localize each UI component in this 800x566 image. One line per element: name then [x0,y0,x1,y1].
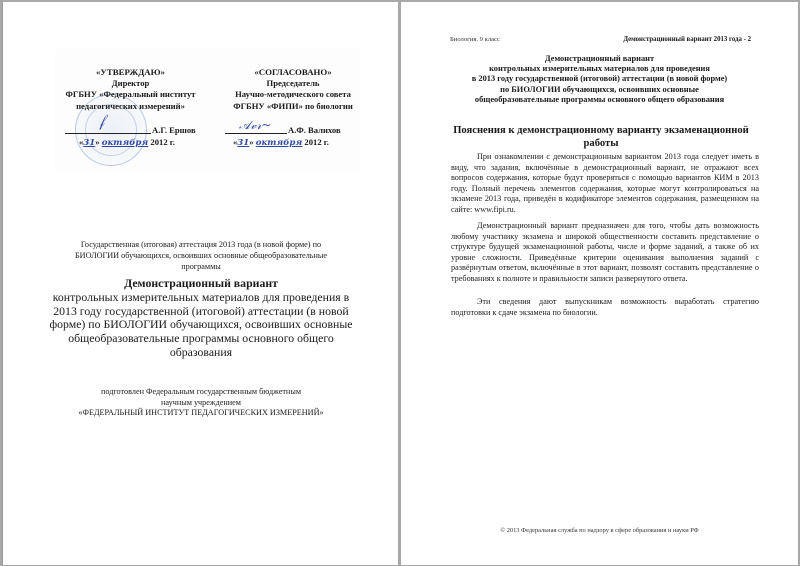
signer-name: А.Г. Ершов [152,125,196,135]
paragraph: Эти сведения дают выпускникам возможност… [451,297,759,318]
demo-title: Демонстрационный вариант контрольных изм… [3,277,398,360]
approval-line: ФГБНУ «Федеральный институт [58,89,203,100]
copyright-footer: © 2013 Федеральная служба по надзору в с… [401,527,798,534]
paragraph: Демонстрационный вариант предназначен дл… [451,221,759,285]
demo-title-body: контрольных измерительных материалов для… [43,291,359,360]
running-header-right: Демонстрационный вариант 2013 года - 2 [623,36,751,43]
approval-date: «31» октября 2012 г. [79,137,175,148]
page2-title: Демонстрационный вариант контрольных изм… [401,54,798,105]
approval-date: «31» октября 2012 г. [233,137,329,148]
signature-line [65,133,151,134]
approval-block-approved: «УТВЕРЖДАЮ» Директор ФГБНУ «Федеральный … [58,67,203,112]
approval-block-agreed: «СОГЛАСОВАНО» Председатель Научно-методи… [218,67,368,112]
document-page-1: «УТВЕРЖДАЮ» Директор ФГБНУ «Федеральный … [2,2,398,565]
document-page-2: Биология. 9 класс Демонстрационный вариа… [401,2,798,565]
section-heading: Пояснения к демонстрационному варианту э… [451,125,751,150]
paragraph: При ознакомлении с демонстрационным вари… [451,152,759,216]
prepared-by: подготовлен Федеральным государственным … [3,387,398,419]
approval-line: ФГБНУ «ФИПИ» по биологии [218,101,368,112]
approval-line: Председатель [218,78,368,89]
approval-line: Директор [58,78,203,89]
signer-name: А.Ф. Валихов [288,125,341,135]
approval-title: «УТВЕРЖДАЮ» [58,67,203,78]
running-header-left: Биология. 9 класс [450,36,500,43]
approval-line: Научно-методического совета [218,89,368,100]
approval-title: «СОГЛАСОВАНО» [218,67,368,78]
demo-title-heading: Демонстрационный вариант [43,277,359,291]
signature-line [225,133,287,134]
approval-line: педагогических измерений» [58,101,203,112]
attestation-text: Государственная (итоговая) аттестация 20… [3,240,398,272]
signature-icon: 𝒜𝓋𝓇~ [239,118,271,133]
